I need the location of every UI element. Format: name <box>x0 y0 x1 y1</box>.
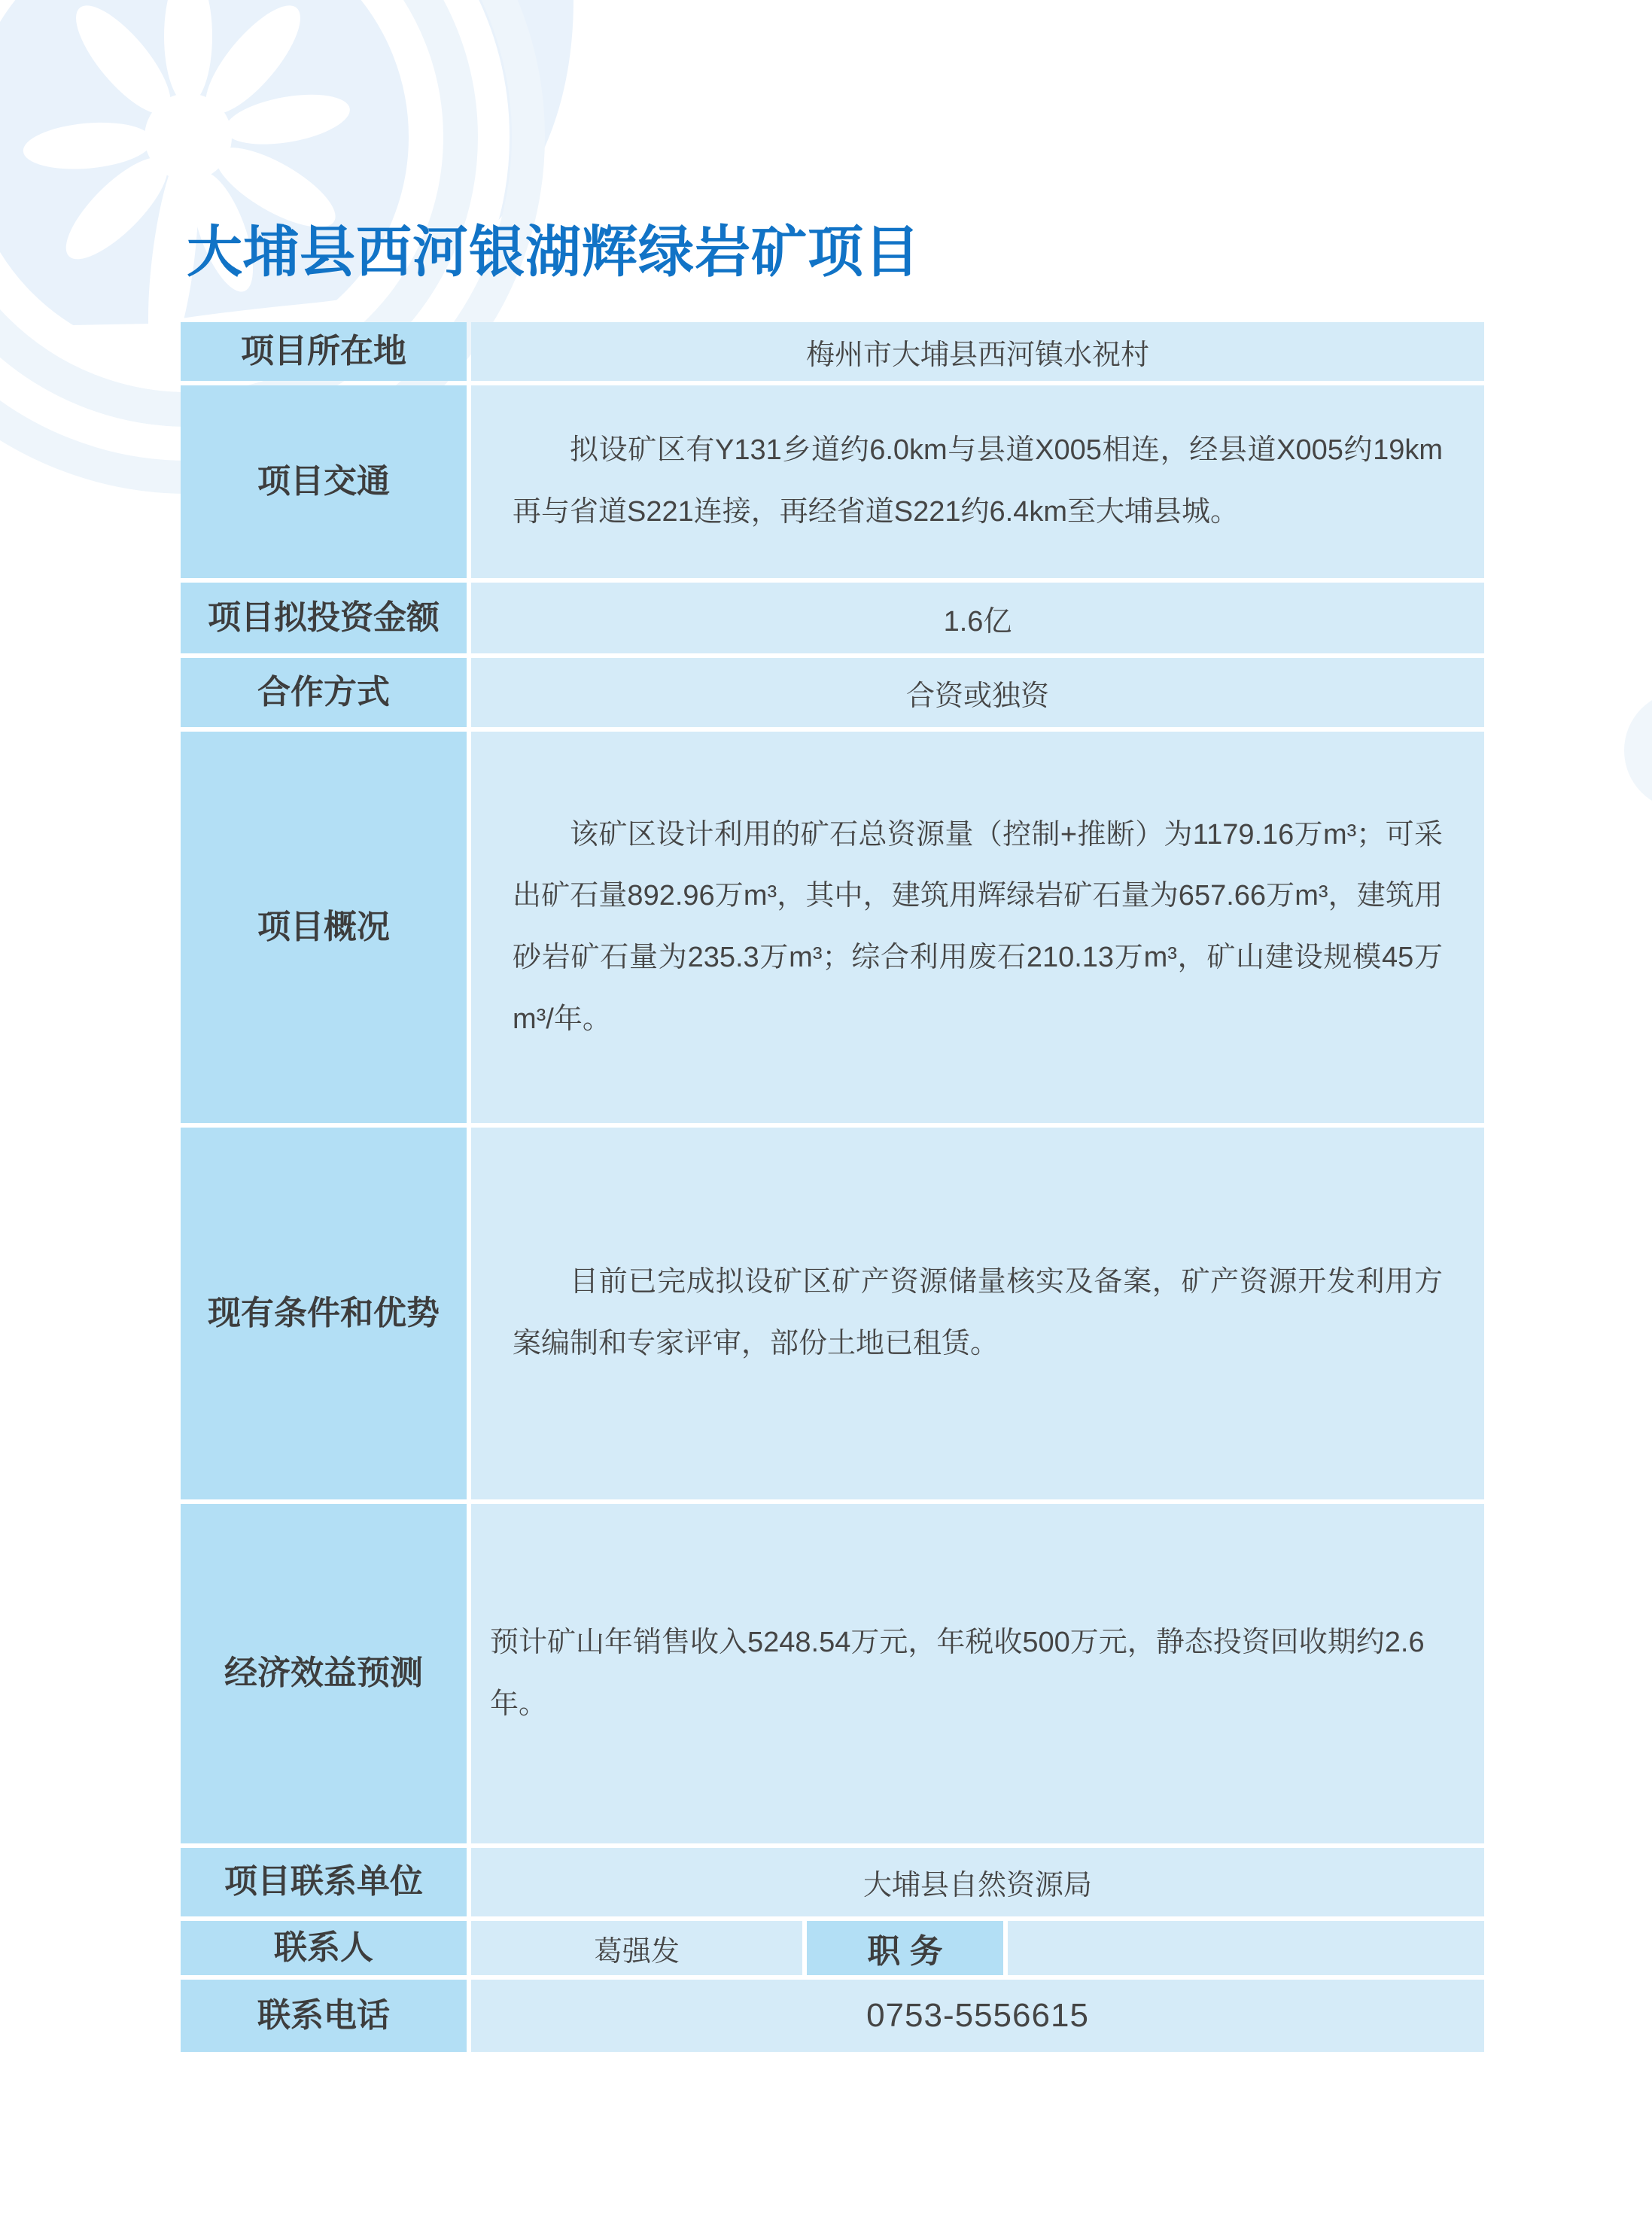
row-value: 该矿区设计利用的矿石总资源量（控制+推断）为1179.16万m³；可采出矿石量8… <box>471 732 1484 1123</box>
row-paragraph: 目前已完成拟设矿区矿产资源储量核实及备案，矿产资源开发利用方案编制和专家评审，部… <box>471 1252 1484 1374</box>
flower-icon <box>21 0 354 373</box>
contact-name: 葛强发 <box>471 1921 802 1975</box>
project-table: 项目所在地 梅州市大埔县西河镇水祝村 项目交通 拟设矿区有Y131乡道约6.0k… <box>181 322 1484 2052</box>
row-value: 合资或独资 <box>471 658 1484 727</box>
row-label: 项目拟投资金额 <box>181 583 467 653</box>
table-row-traffic: 项目交通 拟设矿区有Y131乡道约6.0km与县道X005相连，经县道X005约… <box>181 385 1484 578</box>
table-row-investment: 项目拟投资金额 1.6亿 <box>181 583 1484 653</box>
row-label: 现有条件和优势 <box>181 1128 467 1499</box>
page-title: 大埔县西河银湖辉绿岩矿项目 <box>187 208 920 288</box>
table-row-cooperation: 合作方式 合资或独资 <box>181 658 1484 727</box>
duty-value <box>1008 1921 1484 1975</box>
table-row-contact-person: 联系人 葛强发 职 务 <box>181 1921 1484 1975</box>
edge-circle-decoration <box>1624 691 1652 810</box>
row-label: 项目交通 <box>181 385 467 578</box>
table-row-overview: 项目概况 该矿区设计利用的矿石总资源量（控制+推断）为1179.16万m³；可采… <box>181 732 1484 1123</box>
row-label: 合作方式 <box>181 658 467 727</box>
row-value: 预计矿山年销售收入5248.54万元，年税收500万元，静态投资回收期约2.6年… <box>471 1504 1484 1843</box>
row-paragraph: 预计矿山年销售收入5248.54万元，年税收500万元，静态投资回收期约2.6年… <box>471 1612 1484 1735</box>
row-label: 项目联系单位 <box>181 1848 467 1916</box>
row-label: 项目所在地 <box>181 322 467 381</box>
row-value: 大埔县自然资源局 <box>471 1848 1484 1916</box>
decoration-base <box>0 0 573 354</box>
table-row-phone: 联系电话 0753-5556615 <box>181 1980 1484 2052</box>
row-label: 经济效益预测 <box>181 1504 467 1843</box>
row-value: 拟设矿区有Y131乡道约6.0km与县道X005相连，经县道X005约19km再… <box>471 385 1484 578</box>
row-label: 项目概况 <box>181 732 467 1123</box>
table-row-conditions: 现有条件和优势 目前已完成拟设矿区矿产资源储量核实及备案，矿产资源开发利用方案编… <box>181 1128 1484 1499</box>
row-label: 联系人 <box>181 1921 467 1975</box>
row-paragraph: 拟设矿区有Y131乡道约6.0km与县道X005相连，经县道X005约19km再… <box>471 420 1484 543</box>
row-value: 1.6亿 <box>471 583 1484 653</box>
table-row-location: 项目所在地 梅州市大埔县西河镇水祝村 <box>181 322 1484 381</box>
table-row-economic: 经济效益预测 预计矿山年销售收入5248.54万元，年税收500万元，静态投资回… <box>181 1504 1484 1843</box>
row-label: 联系电话 <box>181 1980 467 2052</box>
duty-label: 职 务 <box>807 1921 1003 1975</box>
row-paragraph: 该矿区设计利用的矿石总资源量（控制+推断）为1179.16万m³；可采出矿石量8… <box>471 805 1484 1051</box>
white-ring-icon <box>0 0 426 375</box>
row-value: 目前已完成拟设矿区矿产资源储量核实及备案，矿产资源开发利用方案编制和专家评审，部… <box>471 1128 1484 1499</box>
table-row-contact-unit: 项目联系单位 大埔县自然资源局 <box>181 1848 1484 1916</box>
phone-number: 0753-5556615 <box>471 1980 1484 2052</box>
row-value: 梅州市大埔县西河镇水祝村 <box>471 322 1484 381</box>
